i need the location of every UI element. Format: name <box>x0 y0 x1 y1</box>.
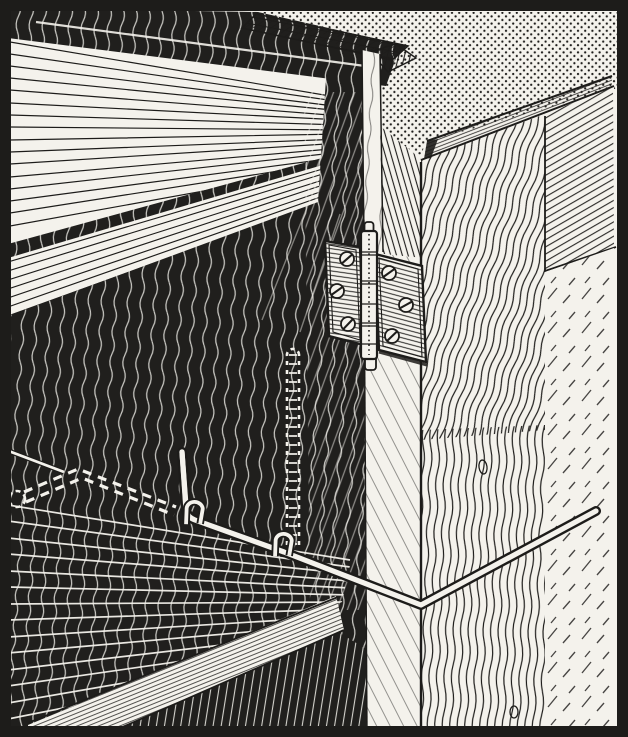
hinge-pin <box>361 222 377 370</box>
screw-head <box>341 317 355 331</box>
engraving-figure: Black-and-white book engraving: corner o… <box>0 0 628 737</box>
screw-head <box>340 252 354 266</box>
screw-head <box>385 329 399 343</box>
door-panel-upper-grain <box>421 114 545 440</box>
engraving-canvas: Black-and-white book engraving: corner o… <box>0 0 628 737</box>
door-gap-shadow <box>304 92 368 610</box>
screw-head <box>330 284 344 298</box>
side-board-corner <box>545 87 616 272</box>
screw-head <box>399 298 413 312</box>
side-board <box>545 248 614 729</box>
screw-head <box>382 266 396 280</box>
